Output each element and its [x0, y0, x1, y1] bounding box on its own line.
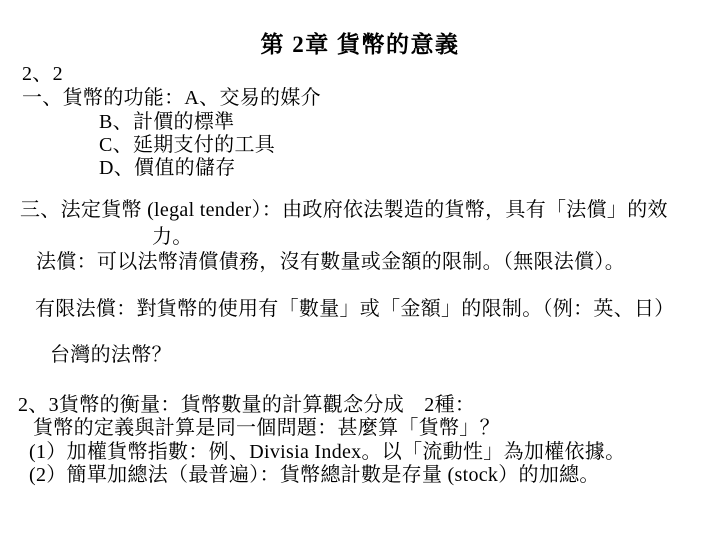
measurement-item-2: (2）簡單加總法（最普遍）：貨幣總計數是存量 (stock）的加總。	[29, 464, 600, 486]
slide-title: 第 2章 貨幣的意義	[0, 26, 720, 59]
limited-tender-line: 有限法償：對貨幣的使用有「數量」或「金額」的限制。（例：英、日）	[35, 298, 675, 320]
taiwan-question-line: 台灣的法幣？	[50, 344, 172, 366]
measurement-heading: 2、3貨幣的衡量：貨幣數量的計算觀念分成 2種：	[18, 394, 475, 416]
function-item-c: C、延期支付的工具	[99, 134, 275, 156]
function-item-d: D、價值的儲存	[99, 157, 236, 179]
legal-tender-heading-line2: 力。	[152, 226, 193, 248]
legal-tender-heading-line1: 三、法定貨幣 (legal tender）：由政府依法製造的貨幣，具有「法償」的…	[20, 199, 668, 221]
slide-canvas: 第 2章 貨幣的意義 2、2 一、貨幣的功能：A、交易的媒介 B、計價的標準 C…	[0, 0, 720, 540]
function-item-b: B、計價的標準	[99, 111, 234, 133]
section-functions-number: 2、2	[22, 63, 63, 85]
measurement-item-1: (1）加權貨幣指數：例、Divisia Index。以「流動性」為加權依據。	[29, 441, 625, 463]
unlimited-tender-line: 法償：可以法幣清償債務，沒有數量或金額的限制。（無限法償）。	[36, 251, 625, 273]
section-functions-heading: 一、貨幣的功能：A、交易的媒介	[22, 87, 321, 109]
measurement-question: 貨幣的定義與計算是同一個問題：甚麼算「貨幣」？	[33, 417, 500, 439]
